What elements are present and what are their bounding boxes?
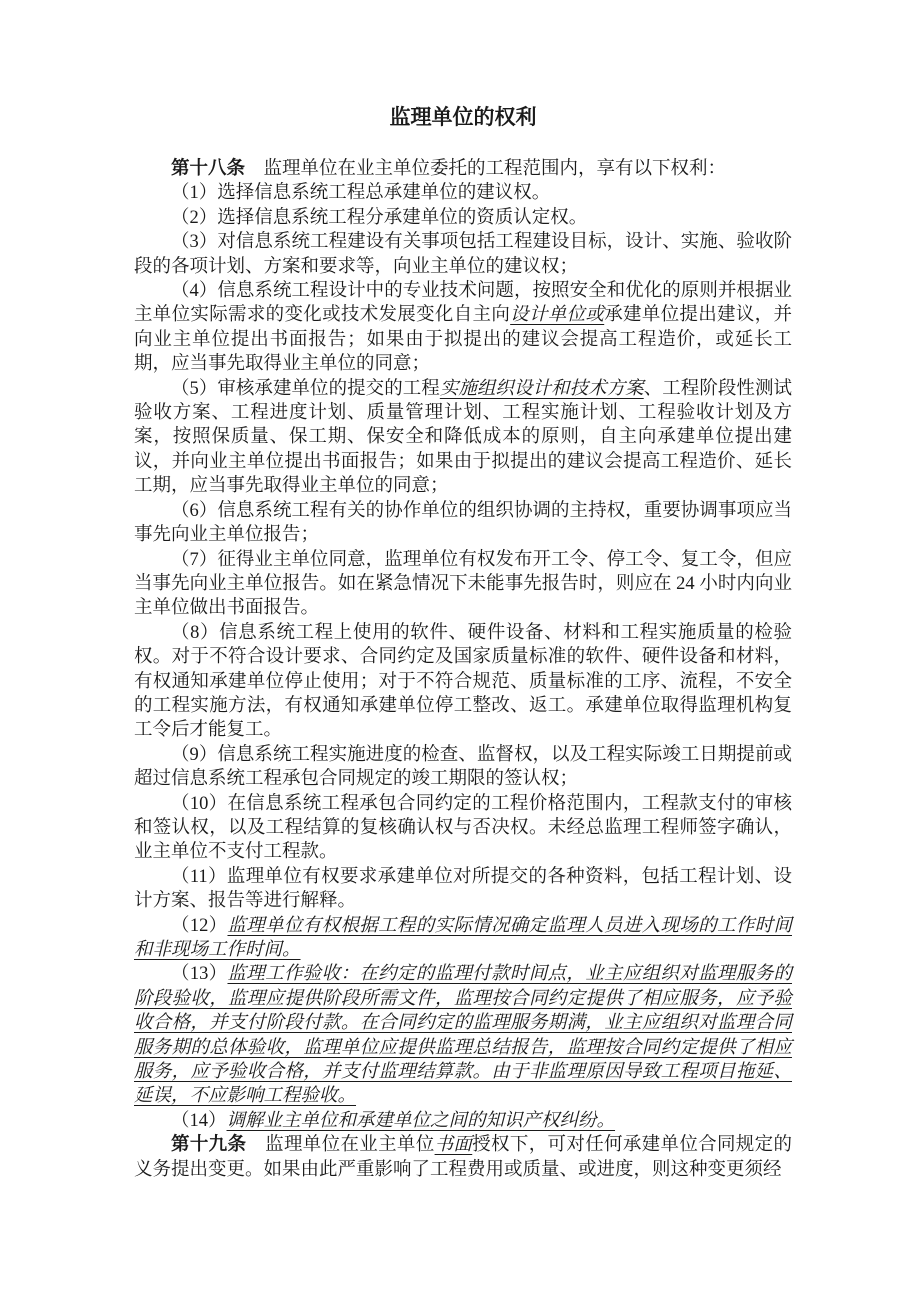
paragraph: （10）在信息系统工程承包合同约定的工程价格范围内，工程款支付的审核和签认权，以…	[134, 792, 792, 865]
paragraph: （5）审核承建单位的提交的工程实施组织设计和技术方案、工程阶段性测试验收方案、工…	[134, 377, 792, 499]
text-segment: （1）选择信息系统工程总承建单位的建议权。	[171, 183, 550, 203]
text-segment: （10）在信息系统工程承包合同约定的工程价格范围内，工程款支付的审核和签认权，以…	[134, 794, 792, 863]
text-segment: 实施组织设计和技术方案	[440, 379, 644, 399]
text-segment: （7）征得业主单位同意，监理单位有权发布开工令、停工令、复工令，但应当事先向业主…	[134, 550, 792, 619]
text-segment: （12）	[171, 916, 227, 936]
text-segment: 监理单位在业主单位委托的工程范围内，享有以下权利：	[245, 159, 726, 179]
paragraph: （9）信息系统工程实施进度的检查、监督权，以及工程实际竣工日期提前或超过信息系统…	[134, 743, 792, 792]
paragraph: （13）监理工作验收：在约定的监理付款时间点，业主应组织对监理服务的阶段验收，监…	[134, 962, 792, 1108]
paragraphs: 第十八条 监理单位在业主单位委托的工程范围内，享有以下权利：（1）选择信息系统工…	[134, 157, 792, 1182]
paragraph: 第十八条 监理单位在业主单位委托的工程范围内，享有以下权利：	[134, 157, 792, 181]
text-segment: （5）审核承建单位的提交的工程	[171, 379, 440, 399]
text-segment: （11）监理单位有权要求承建单位对所提交的各种资料，包括工程计划、设计方案、报告…	[134, 867, 792, 911]
paragraph: （6）信息系统工程有关的协作单位的组织协调的主持权，重要协调事项应当事先向业主单…	[134, 499, 792, 548]
text-segment: 监理单位有权根据工程的实际情况确定监理人员进入现场的工作时间和非现场工作时间。	[134, 916, 792, 960]
text-segment: （9）信息系统工程实施进度的检查、监督权，以及工程实际竣工日期提前或超过信息系统…	[134, 745, 792, 789]
paragraph: （12）监理单位有权根据工程的实际情况确定监理人员进入现场的工作时间和非现场工作…	[134, 914, 792, 963]
document-content: 监理单位的权利 第十八条 监理单位在业主单位委托的工程范围内，享有以下权利：（1…	[134, 104, 792, 1182]
paragraph: （3）对信息系统工程建设有关事项包括工程建设目标，设计、实施、验收阶段的各项计划…	[134, 230, 792, 279]
text-segment: （3）对信息系统工程建设有关事项包括工程建设目标，设计、实施、验收阶段的各项计划…	[134, 232, 792, 276]
paragraph: （14）调解业主单位和承建单位之间的知识产权纠纷。	[134, 1109, 792, 1133]
text-segment: 监理工作验收：在约定的监理付款时间点，业主应组织对监理服务的阶段验收，监理应提供…	[134, 964, 792, 1106]
document-title: 监理单位的权利	[134, 104, 792, 130]
text-segment: 监理单位在业主单位	[246, 1135, 434, 1155]
paragraph: （1）选择信息系统工程总承建单位的建议权。	[134, 181, 792, 205]
document-page: 监理单位的权利 第十八条 监理单位在业主单位委托的工程范围内，享有以下权利：（1…	[0, 0, 920, 1302]
text-segment: （6）信息系统工程有关的协作单位的组织协调的主持权，重要协调事项应当事先向业主单…	[134, 501, 792, 545]
text-segment: （8）信息系统工程上使用的软件、硬件设备、材料和工程实施质量的检验权。对于不符合…	[134, 623, 792, 741]
text-segment: （2）选择信息系统工程分承建单位的资质认定权。	[171, 208, 587, 228]
text-segment: （13）	[171, 964, 227, 984]
paragraph: （7）征得业主单位同意，监理单位有权发布开工令、停工令、复工令，但应当事先向业主…	[134, 548, 792, 621]
text-segment: 设计单位或	[510, 305, 604, 325]
text-segment: 书面	[435, 1135, 473, 1155]
paragraph: （2）选择信息系统工程分承建单位的资质认定权。	[134, 206, 792, 230]
paragraph: （11）监理单位有权要求承建单位对所提交的各种资料，包括工程计划、设计方案、报告…	[134, 865, 792, 914]
paragraph: （8）信息系统工程上使用的软件、硬件设备、材料和工程实施质量的检验权。对于不符合…	[134, 621, 792, 743]
paragraph: 第十九条 监理单位在业主单位书面授权下，可对任何承建单位合同规定的义务提出变更。…	[134, 1133, 792, 1182]
text-segment: 第十九条	[171, 1135, 246, 1155]
text-segment: 第十八条	[171, 159, 245, 179]
paragraph: （4）信息系统工程设计中的专业技术问题，按照安全和优化的原则并根据业主单位实际需…	[134, 279, 792, 377]
text-segment: （14）	[171, 1111, 227, 1131]
text-segment: 调解业主单位和承建单位之间的知识产权纠纷。	[227, 1111, 616, 1131]
